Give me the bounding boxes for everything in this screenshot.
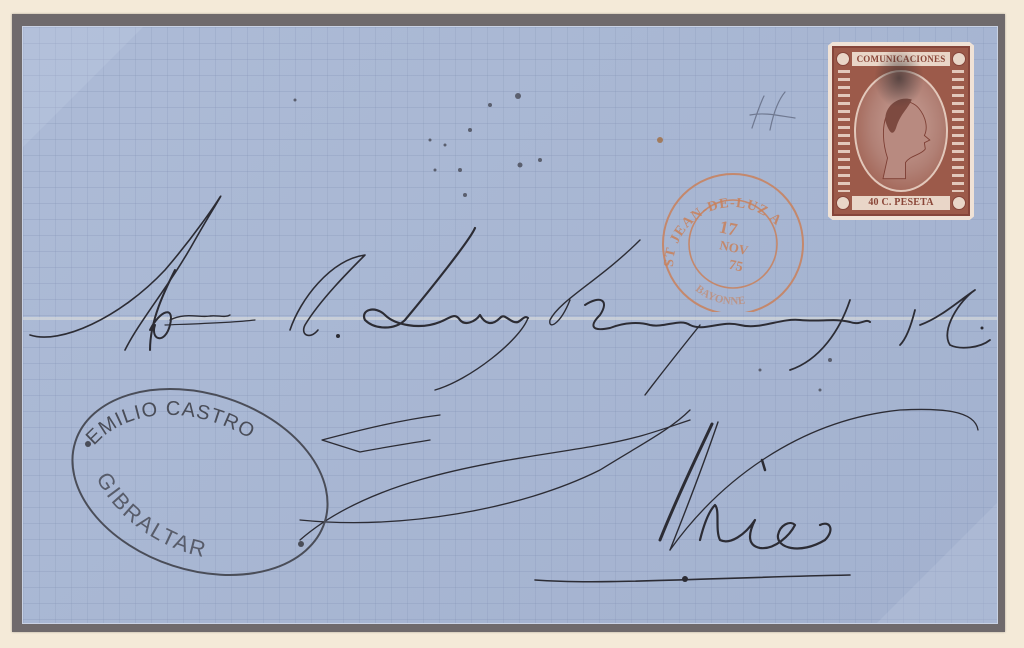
sender-cachet: EMILIO CASTRO GIBRALTAR	[66, 386, 336, 580]
stamp-corner-emblem	[952, 196, 966, 210]
postage-stamp: COMUNICACIONES 40 C. PESETA	[828, 42, 974, 220]
cancellation-mark	[874, 48, 924, 108]
cachet-town: GIBRALTAR	[91, 468, 210, 563]
cachet-name: EMILIO CASTRO	[82, 398, 259, 450]
stamp-corner-emblem	[836, 52, 850, 66]
stamp-border-ornament	[952, 70, 964, 192]
stamp-value-inscription: 40 C. PESETA	[852, 196, 950, 210]
postmark-month: NOV	[718, 237, 750, 258]
svg-text:EMILIO CASTRO: EMILIO CASTRO	[82, 398, 259, 450]
stamp-border-ornament	[838, 70, 850, 192]
stamp-corner-emblem	[836, 196, 850, 210]
postmark-year: 75	[727, 258, 744, 276]
svg-text:GIBRALTAR: GIBRALTAR	[91, 468, 210, 563]
stamp-corner-emblem	[952, 52, 966, 66]
postmark: ST JEAN-DE-LUZ A BAYONNE 17 NOV 75	[655, 172, 807, 312]
